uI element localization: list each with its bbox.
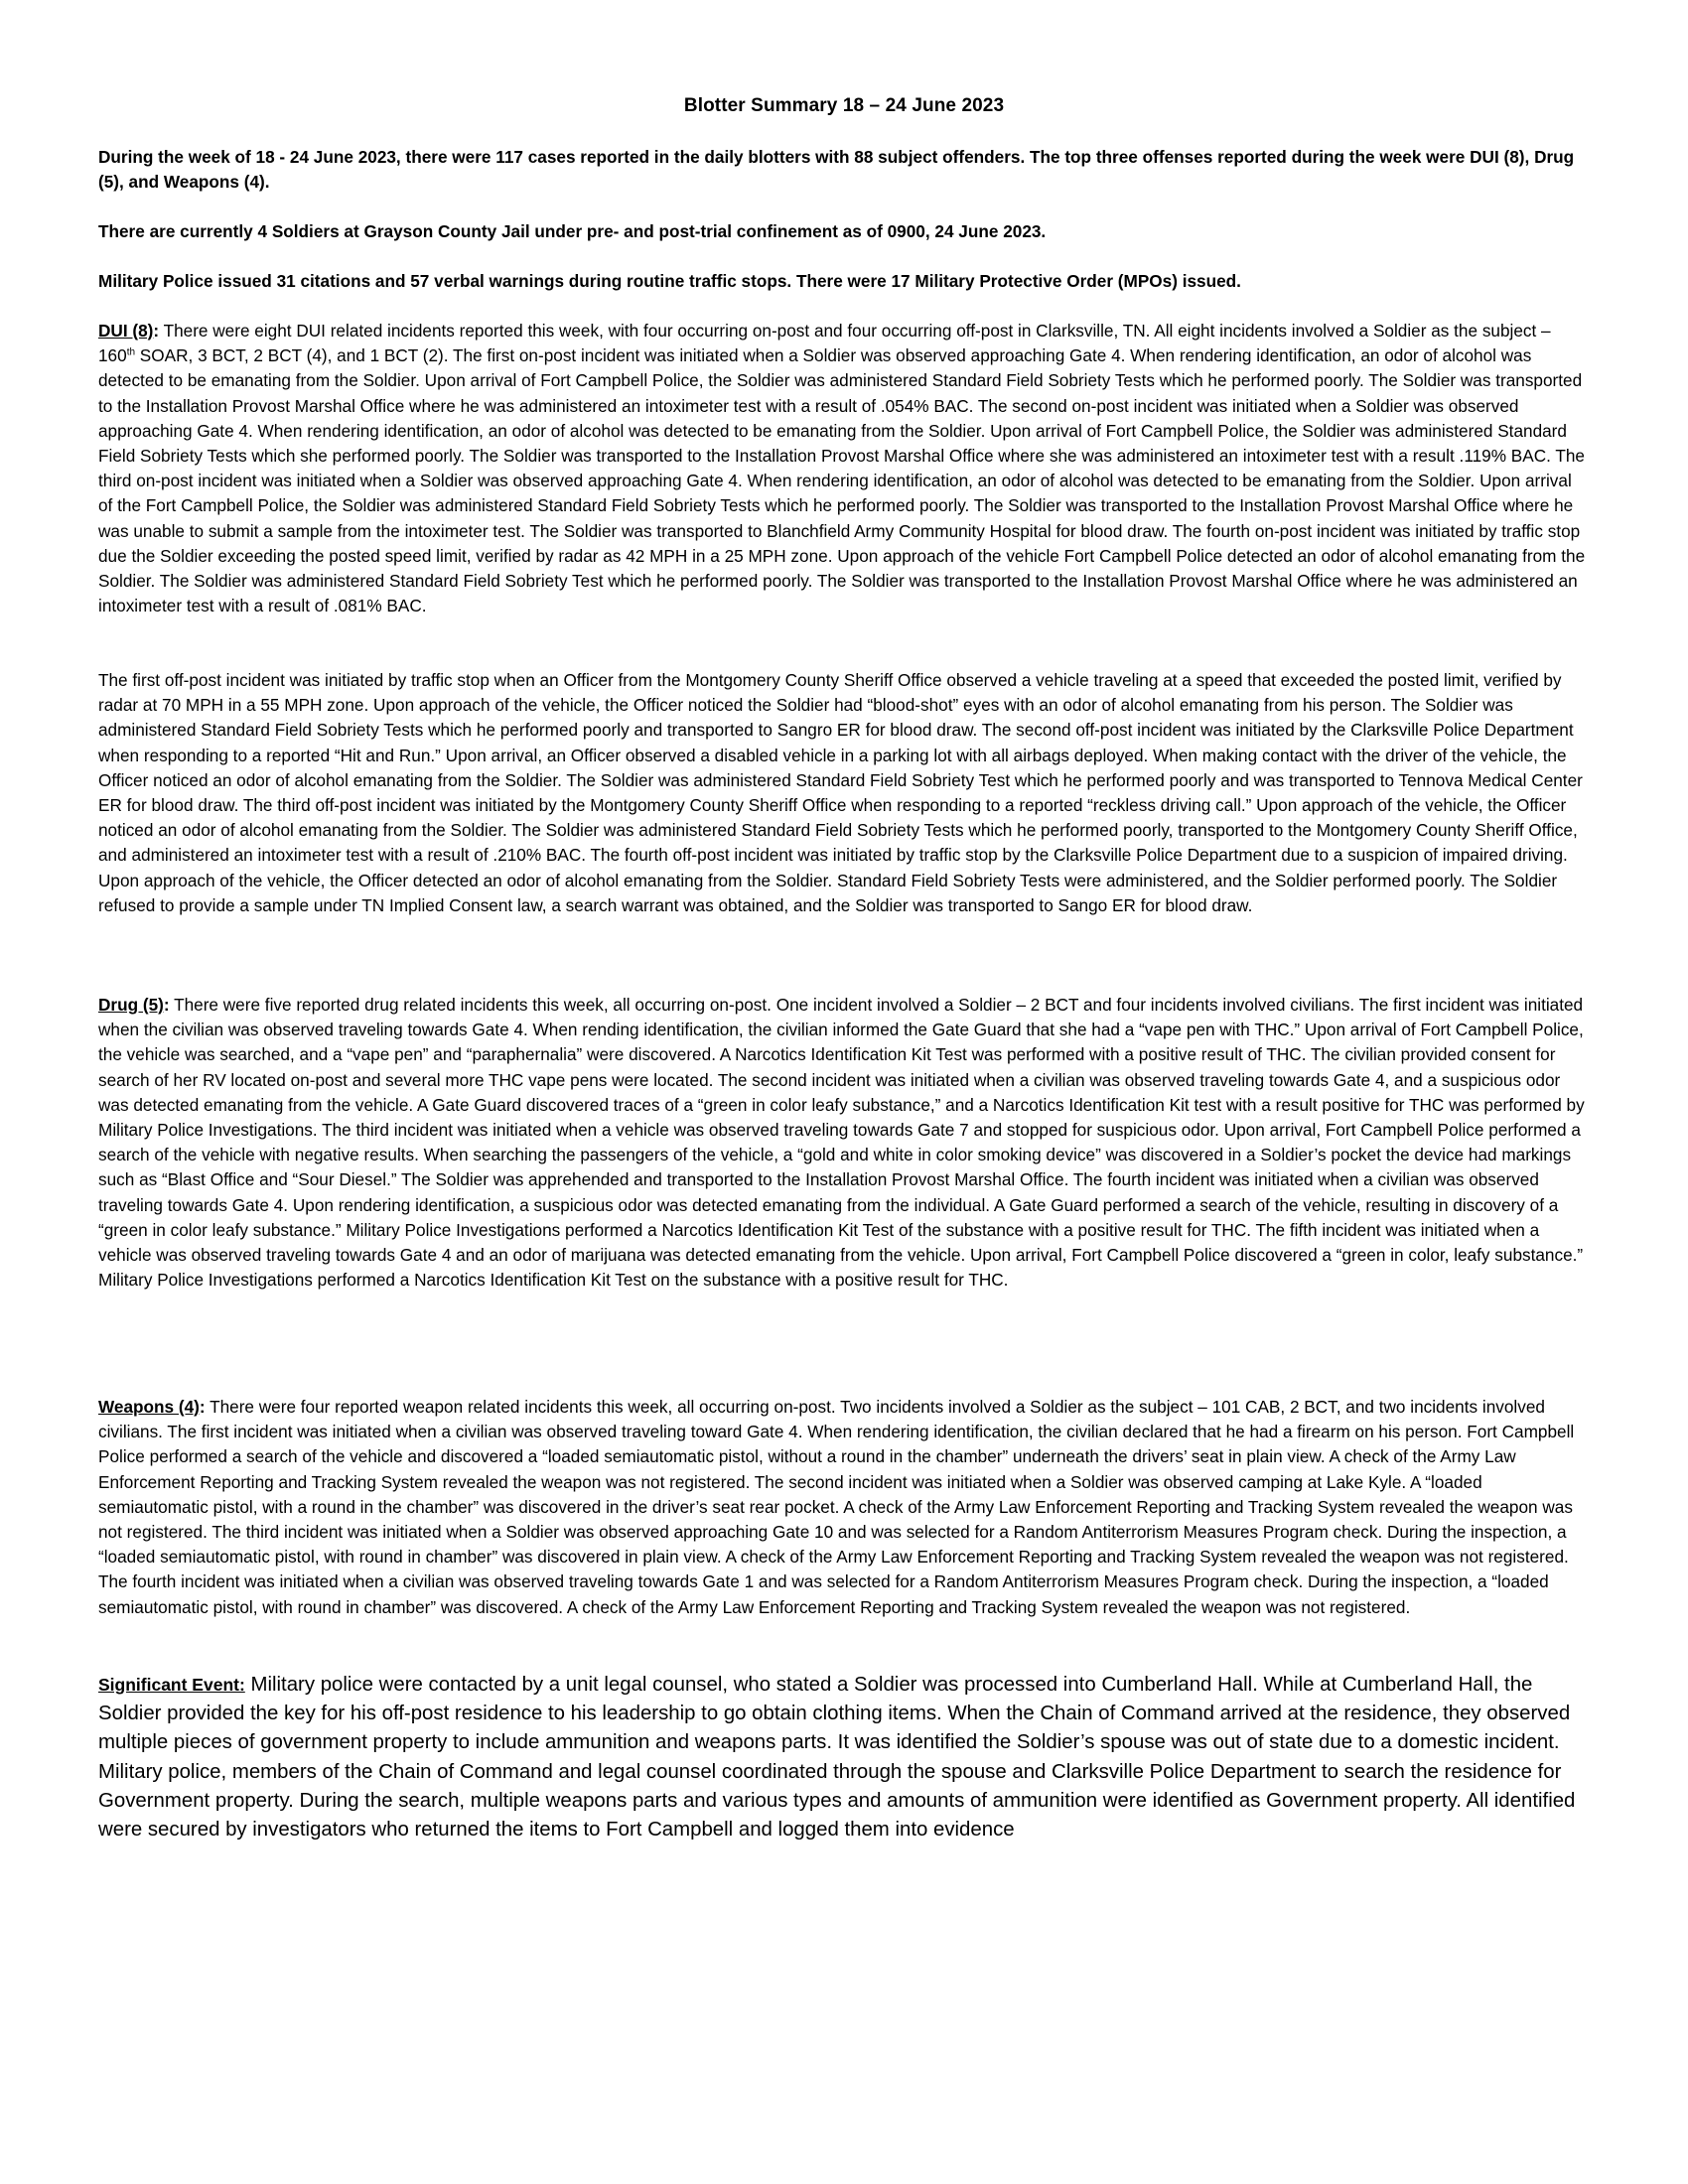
weapons-heading: Weapons (4) — [98, 1397, 200, 1417]
drug-heading: Drug (5) — [98, 995, 164, 1015]
intro-confinement: There are currently 4 Soldiers at Grayso… — [98, 219, 1588, 244]
intro-summary: During the week of 18 - 24 June 2023, th… — [98, 145, 1588, 195]
dui-text-sup: th — [127, 346, 135, 357]
drug-section: Drug (5): There were five reported drug … — [98, 993, 1588, 1293]
weapons-section: Weapons (4): There were four reported we… — [98, 1395, 1588, 1620]
drug-text: There were five reported drug related in… — [98, 995, 1585, 1290]
dui-heading: DUI (8) — [98, 321, 153, 341]
dui-offpost-paragraph: The first off-post incident was initiate… — [98, 668, 1588, 918]
significant-event-section: Significant Event: Military police were … — [98, 1671, 1588, 1844]
dui-section: DUI (8): There were eight DUI related in… — [98, 319, 1588, 618]
significant-event-heading: Significant Event: — [98, 1675, 245, 1695]
dui-text-b: SOAR, 3 BCT, 2 BCT (4), and 1 BCT (2). T… — [98, 345, 1585, 615]
document-page: Blotter Summary 18 – 24 June 2023 During… — [0, 0, 1688, 2184]
significant-event-text: Military police were contacted by a unit… — [98, 1674, 1575, 1841]
weapons-text: There were four reported weapon related … — [98, 1397, 1574, 1617]
intro-traffic: Military Police issued 31 citations and … — [98, 269, 1588, 294]
page-title: Blotter Summary 18 – 24 June 2023 — [0, 95, 1688, 117]
